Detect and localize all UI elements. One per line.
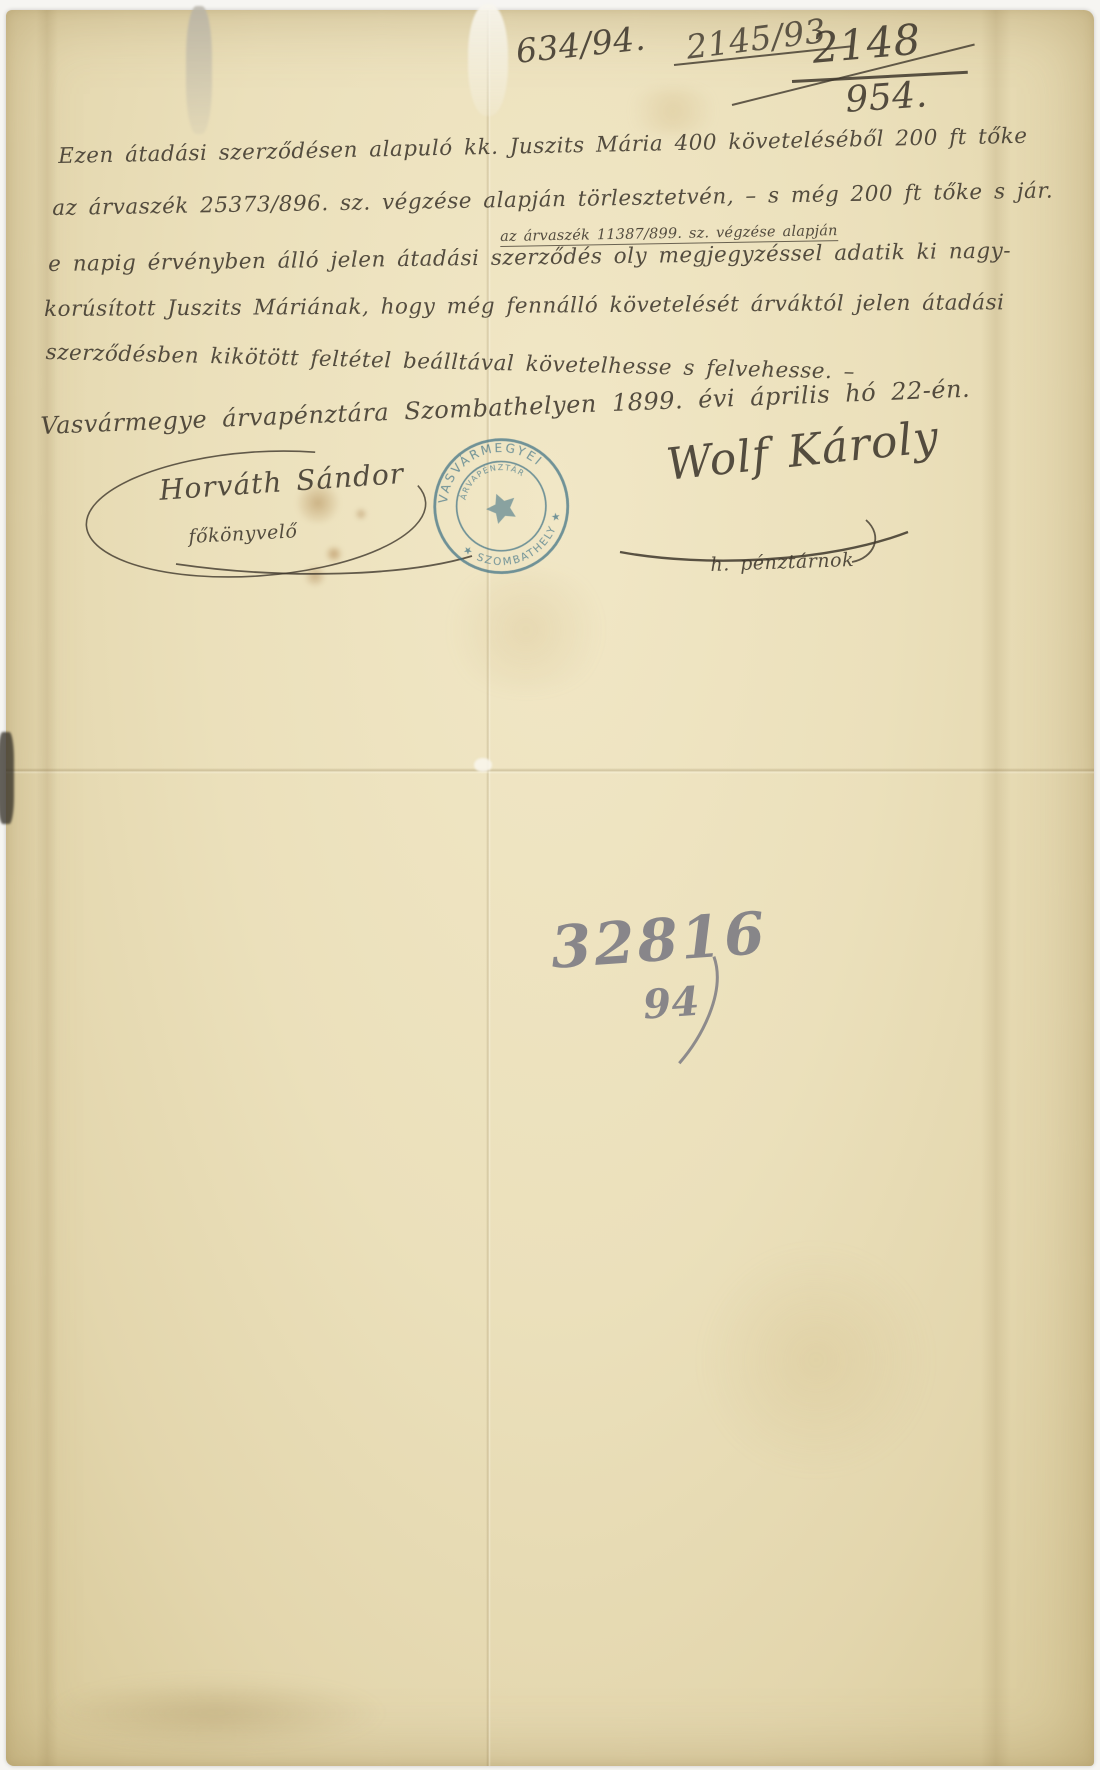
tear-speck-center <box>474 758 492 772</box>
docket-number-primary: 634/94. <box>514 18 647 70</box>
document-page: 634/94. 2145/93 2148 954. Ezen átadási s… <box>6 10 1094 1766</box>
tear-mark-left-edge <box>0 732 14 824</box>
stamp-text-top: VASVÁRMEGYEI <box>422 423 548 508</box>
body-line-4: korúsított Juszits Máriának, hogy még fe… <box>44 290 1005 322</box>
body-line-2: az árvaszék 25373/896. sz. végzése alapj… <box>52 179 1053 221</box>
right-signature-block: Wolf Károly h. pénztárnok <box>606 418 936 598</box>
tear-mark-top-center <box>468 4 508 116</box>
body-line-3: e napig érvényben álló jelen átadási sze… <box>48 239 1011 277</box>
stamp-text-bottom: ★ SZOMBATHELY ★ <box>458 506 576 585</box>
docket-block: 634/94. 2145/93 2148 954. <box>506 18 976 128</box>
stain-bottom-band <box>46 1678 386 1748</box>
pencil-year: 94 <box>642 978 702 1029</box>
svg-text:★ SZOMBATHELY ★: ★ SZOMBATHELY ★ <box>458 506 576 585</box>
docket-fraction-bottom: 954. <box>844 74 929 121</box>
body-line-5: szerződésben kikötött feltétel beálltáva… <box>45 340 855 385</box>
tear-mark-top-left <box>186 6 212 134</box>
svg-text:VASVÁRMEGYEI: VASVÁRMEGYEI <box>422 423 548 508</box>
right-signature-name: Wolf Károly <box>664 411 941 490</box>
right-fold-shadow <box>981 10 1011 1766</box>
vertical-crease <box>486 10 491 1766</box>
horizontal-crease <box>6 768 1094 774</box>
signature-underline <box>176 556 472 574</box>
docket-fraction-top: 2148 <box>810 15 923 73</box>
docket-number-struck: 2145/93 <box>684 11 828 67</box>
stain-faint-mid <box>696 1250 936 1470</box>
stamp-star-emblem <box>482 488 521 526</box>
pencil-note-block: 32816 94 <box>540 890 792 1086</box>
